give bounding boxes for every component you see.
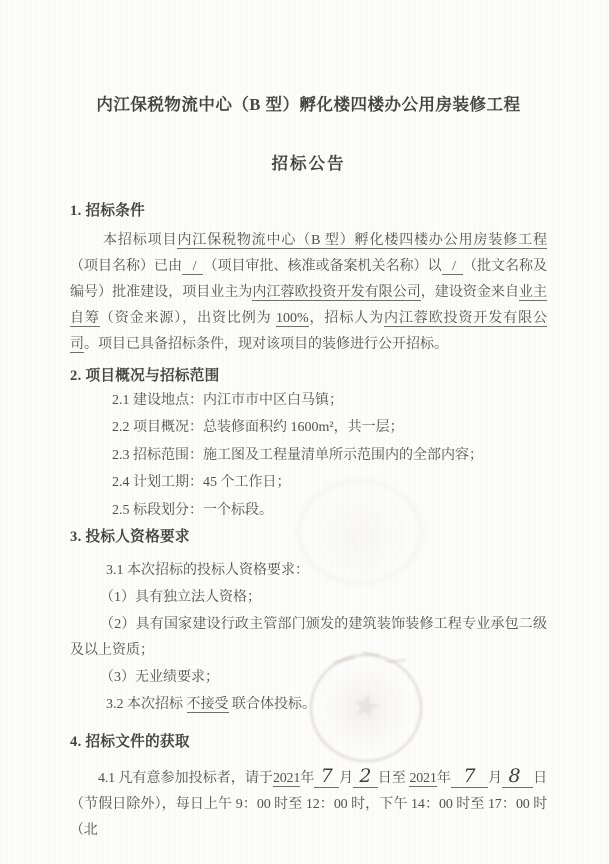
section-3-requirement-3: （3）无业绩要求； <box>70 665 547 691</box>
text-segment: 年 <box>437 771 451 786</box>
text-segment: （项目名称）已由 <box>70 259 182 274</box>
section-4-heading: 4. 招标文件的获取 <box>70 732 547 752</box>
underlined-text: 内江蓉欧投资开发有限公司 <box>252 285 420 301</box>
text-segment: 。项目已具备招标条件，现对该项目的装修进行公开招标。 <box>84 337 448 352</box>
underlined-text: / <box>182 259 203 275</box>
section-1-paragraph: 本招标项目内江保税物流中心（B 型）孵化楼四楼办公用房装修工程（项目名称）已由 … <box>70 228 547 358</box>
underlined-text: 100% <box>276 311 309 327</box>
text-segment: 月 <box>339 771 353 786</box>
section-3-requirement-2: （2）具有国家建设行政主管部门颁发的建筑装饰装修工程专业承包二级及以上资质； <box>70 612 547 664</box>
section-2-item-location: 2.1 建设地点：内江市市中区白马镇； <box>70 388 547 414</box>
text-segment: 年 <box>300 771 314 786</box>
text-segment: ，建设资金来自 <box>421 285 519 300</box>
handwritten-value: 7 <box>451 765 488 788</box>
underlined-text: 不接受 <box>187 697 229 713</box>
underlined-text: 2021 <box>409 771 436 787</box>
underlined-text: 内江保税物流中心（B 型）孵化楼四楼办公用房装修工程 <box>177 233 547 249</box>
handwritten-value: 8 <box>502 765 533 788</box>
section-3-item-3-2: 3.2 本次招标 不接受 联合体投标。 <box>70 692 547 718</box>
text-segment: （项目审批、核准或备案机关名称）以 <box>203 259 441 274</box>
document-title: 内江保税物流中心（B 型）孵化楼四楼办公用房装修工程 <box>70 94 547 116</box>
document-subtitle: 招标公告 <box>70 153 547 175</box>
text-segment: 月 <box>488 771 502 786</box>
handwritten-value: 7 <box>314 765 339 788</box>
section-3-heading: 3. 投标人资格要求 <box>70 527 547 547</box>
text-segment: 日至 <box>378 771 410 786</box>
text-segment: ，招标人为 <box>309 311 384 326</box>
handwritten-value: 2 <box>353 765 378 788</box>
section-2-item-overview: 2.2 项目概况：总装修面积约 1600m²，共一层； <box>70 415 547 441</box>
underlined-text: 2021 <box>273 771 300 787</box>
section-2-item-scope: 2.3 招标范围：施工图及工程量清单所示范围内的全部内容； <box>70 443 547 469</box>
section-1-heading: 1. 招标条件 <box>70 201 547 221</box>
section-2-item-duration: 2.4 计划工期：45 个工作日； <box>70 470 547 496</box>
section-4-paragraph: 4.1 凡有意参加投标者，请于2021年 7 月 2 日至 2021年 7 月 … <box>70 763 547 844</box>
text-segment: 联合体投标。 <box>229 697 317 712</box>
section-3-intro: 3.1 本次招标的投标人资格要求： <box>70 558 547 584</box>
underlined-text: / <box>442 259 463 275</box>
section-2-item-lots: 2.5 标段划分：一个标段。 <box>70 498 547 524</box>
document-content: 内江保税物流中心（B 型）孵化楼四楼办公用房装修工程 招标公告 1. 招标条件 … <box>70 0 547 844</box>
section-3-requirement-1: （1）具有独立法人资格； <box>70 585 547 611</box>
document-page: ★ 内江保税物流中心（B 型）孵化楼四楼办公用房装修工程 招标公告 1. 招标条… <box>0 0 609 864</box>
text-segment: 4.1 凡有意参加投标者，请于 <box>98 771 273 786</box>
text-segment: 3.2 本次招标 <box>106 697 187 712</box>
text-segment: （资金来源），出资比例为 <box>100 311 276 326</box>
section-2-heading: 2. 项目概况与招标范围 <box>70 366 547 386</box>
text-segment: 本招标项目 <box>103 233 177 248</box>
